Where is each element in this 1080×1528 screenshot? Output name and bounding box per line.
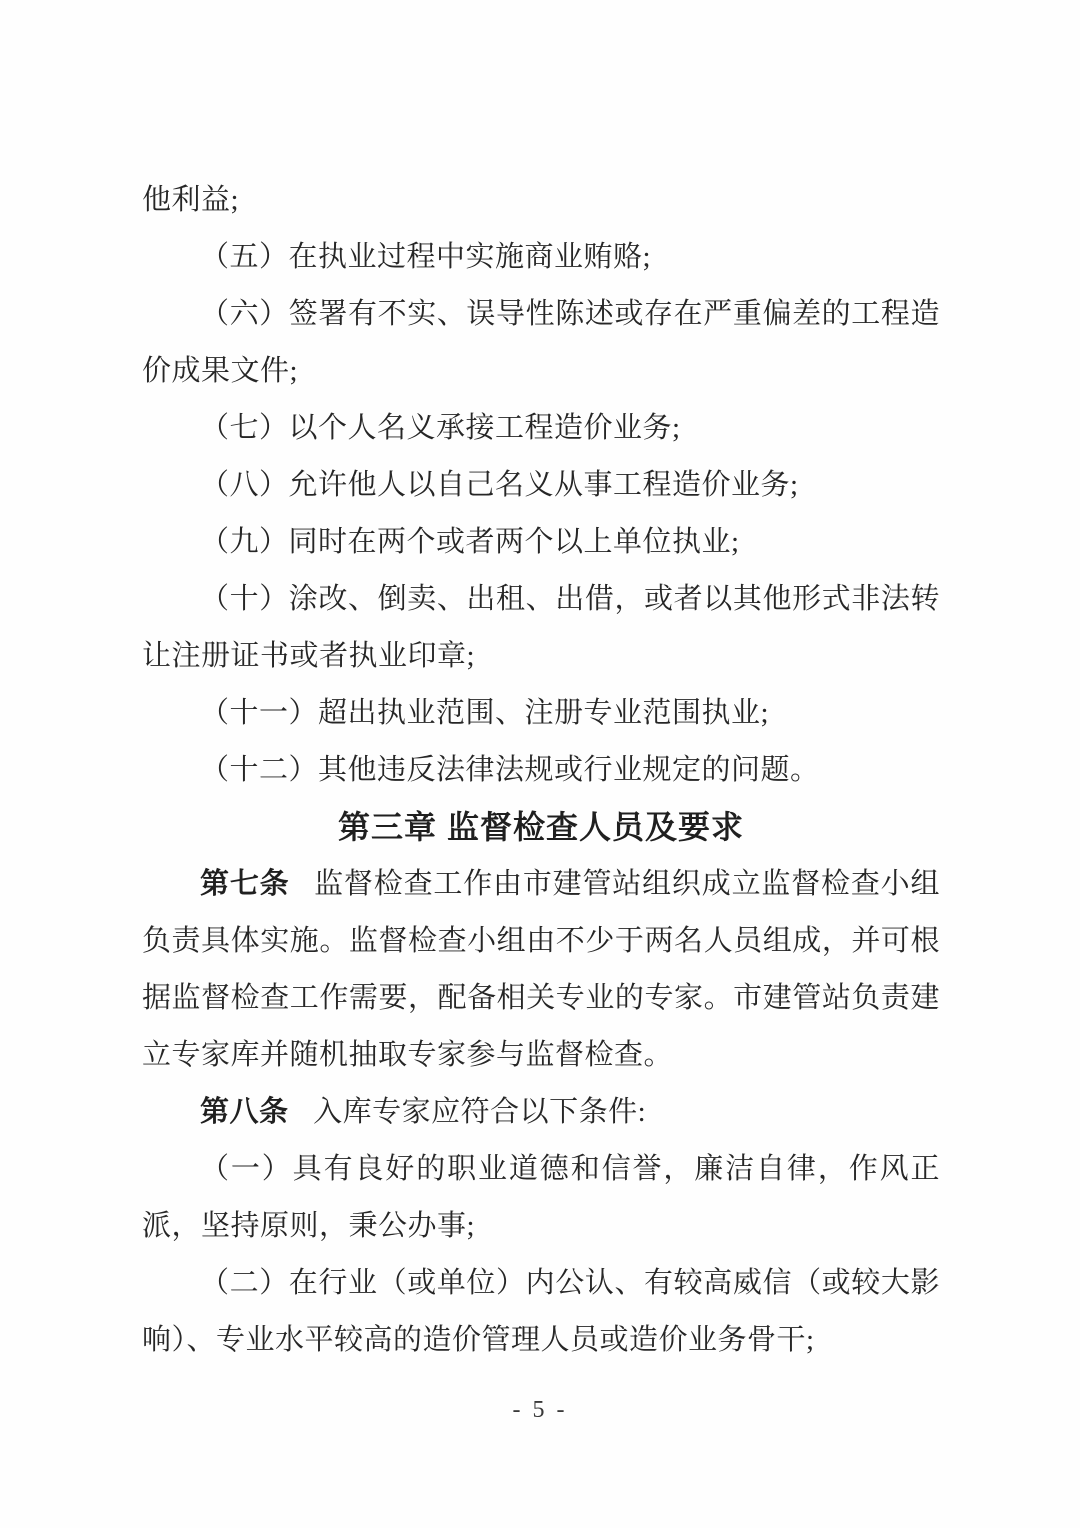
article-8-paragraph: 第八条入库专家应符合以下条件: bbox=[142, 1084, 940, 1141]
list-item-7: （七）以个人名义承接工程造价业务; bbox=[142, 400, 940, 457]
list-item-10: （十）涂改、倒卖、出租、出借，或者以其他形式非法转让注册证书或者执业印章; bbox=[142, 571, 940, 685]
chapter-heading: 第三章 监督检查人员及要求 bbox=[142, 799, 940, 856]
article-7-number: 第七条 bbox=[200, 868, 289, 900]
article-7-paragraph: 第七条监督检查工作由市建管站组织成立监督检查小组负责具体实施。监督检查小组由不少… bbox=[142, 856, 940, 1084]
document-page: 他利益; （五）在执业过程中实施商业贿赂; （六）签署有不实、误导性陈述或存在严… bbox=[0, 0, 1080, 1528]
paragraph-continuation: 他利益; bbox=[142, 172, 940, 229]
list-item-8: （八）允许他人以自己名义从事工程造价业务; bbox=[142, 457, 940, 514]
list-item-2: （二）在行业（或单位）内公认、有较高威信（或较大影响）、专业水平较高的造价管理人… bbox=[142, 1255, 940, 1369]
list-item-1: （一）具有良好的职业道德和信誉，廉洁自律，作风正派，坚持原则，秉公办事; bbox=[142, 1141, 940, 1255]
list-item-12: （十二）其他违反法律法规或行业规定的问题。 bbox=[142, 742, 940, 799]
page-number: - 5 - bbox=[0, 1395, 1080, 1425]
list-item-11: （十一）超出执业范围、注册专业范围执业; bbox=[142, 685, 940, 742]
article-8-text: 入库专家应符合以下条件: bbox=[313, 1096, 646, 1128]
list-item-5: （五）在执业过程中实施商业贿赂; bbox=[142, 229, 940, 286]
list-item-9: （九）同时在两个或者两个以上单位执业; bbox=[142, 514, 940, 571]
article-8-number: 第八条 bbox=[200, 1096, 289, 1128]
list-item-6: （六）签署有不实、误导性陈述或存在严重偏差的工程造价成果文件; bbox=[142, 286, 940, 400]
document-body: 他利益; （五）在执业过程中实施商业贿赂; （六）签署有不实、误导性陈述或存在严… bbox=[142, 172, 940, 1369]
